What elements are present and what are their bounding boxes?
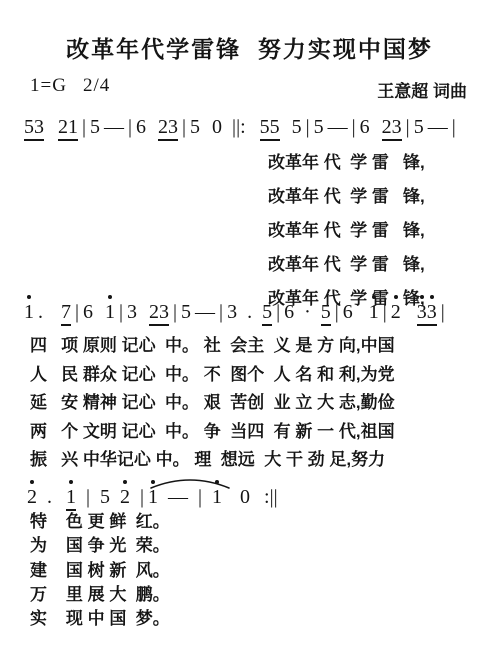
note-token: 2 <box>391 301 401 323</box>
note-token: 7 <box>61 301 71 326</box>
note-token: 5 <box>262 301 272 326</box>
note-token: — <box>104 116 124 138</box>
note-token: 5 <box>181 301 191 323</box>
note-token: 6 <box>83 301 93 323</box>
note-token: 1 <box>369 301 379 323</box>
verse-lyric-line: 振 兴 中华记心 中。 理 想远 大 干 劲 足,努力 <box>30 446 395 475</box>
sheet-music-page: 改革年代学雷锋 努力实现中国梦 1=G2/4 王意超 词曲 5321|5—|62… <box>0 0 499 660</box>
music-line-3: 2.1|52|1—|10:|| <box>25 486 280 511</box>
note-token: | <box>86 486 90 508</box>
note-token: | <box>335 301 339 323</box>
note-token: 53 <box>24 116 44 141</box>
verse-lyric-line: 两 个 文明 记心 中。 争 当四 有 新 一 代,祖国 <box>30 418 395 447</box>
ending-lyric-line: 万 里 展 大 鹏。 <box>30 583 170 607</box>
note-token: | <box>75 301 79 323</box>
note-token: 5 <box>90 116 100 138</box>
ending-lyrics-block: 特 色 更 鲜 红。 为 国 争 光 荣。 建 国 树 新 风。 万 里 展 大… <box>30 510 170 631</box>
note-token: 5 <box>292 116 302 138</box>
note-token: | <box>82 116 86 138</box>
ending-lyric-line: 特 色 更 鲜 红。 <box>30 510 170 534</box>
note-token: 21 <box>58 116 78 141</box>
note-token: ||: <box>232 116 246 138</box>
ending-lyric-line: 建 国 树 新 风。 <box>30 559 170 583</box>
note-token: :|| <box>264 486 278 508</box>
music-line-1: 5321|5—|623|50||:555|5—|623|5—| <box>22 116 458 141</box>
note-token: | <box>219 301 223 323</box>
time-signature: 2/4 <box>83 75 110 96</box>
note-token: 2 <box>120 486 130 508</box>
key-time-signature: 1=G2/4 <box>30 75 110 97</box>
refrain-lyric-line: 改革年 代 学 雷 锋, <box>268 146 425 180</box>
note-token: 6 <box>284 301 294 323</box>
note-token: . <box>38 301 43 323</box>
note-token: | <box>452 116 456 138</box>
note-token: | <box>182 116 186 138</box>
note-token: 1 <box>212 486 222 508</box>
verse-lyric-line: 延 安 精神 记心 中。 艰 苦创 业 立 大 志,勤俭 <box>30 389 395 418</box>
note-token: — <box>328 116 348 138</box>
ending-lyric-line: 为 国 争 光 荣。 <box>30 534 170 558</box>
note-token: | <box>383 301 387 323</box>
note-token: — <box>428 116 448 138</box>
note-token: | <box>276 301 280 323</box>
verse-lyric-line: 四 项 原则 记心 中。 社 会主 义 是 方 向,中国 <box>30 332 395 361</box>
refrain-lyric-line: 改革年 代 学 雷 锋, <box>268 248 425 282</box>
key-signature: 1=G <box>30 75 67 96</box>
note-token: | <box>128 116 132 138</box>
note-token: . <box>47 486 52 508</box>
note-token: 6 <box>343 301 353 323</box>
note-token: 5 <box>314 116 324 138</box>
note-token: 3 <box>127 301 137 323</box>
song-title: 改革年代学雷锋 努力实现中国梦 <box>0 31 499 64</box>
note-token: | <box>352 116 356 138</box>
note-token: 23 <box>158 116 178 141</box>
note-token: | <box>306 116 310 138</box>
verse-lyric-line: 人 民 群众 记心 中。 不 图个 人 名 和 利,为党 <box>30 361 395 390</box>
note-token: — <box>195 301 215 323</box>
note-token: 1 <box>105 301 115 323</box>
verse-lyrics-block: 四 项 原则 记心 中。 社 会主 义 是 方 向,中国 人 民 群众 记心 中… <box>30 332 395 475</box>
note-token: . <box>247 301 252 323</box>
note-token: — <box>168 486 188 508</box>
refrain-lyric-line: 改革年 代 学 雷 锋, <box>268 180 425 214</box>
note-token: 23 <box>382 116 402 141</box>
note-token: 23 <box>149 301 169 326</box>
note-token: · <box>304 301 311 323</box>
note-token: 55 <box>260 116 280 141</box>
note-token: | <box>119 301 123 323</box>
note-token: 1 <box>148 486 158 508</box>
refrain-lyrics-block: 改革年 代 学 雷 锋, 改革年 代 学 雷 锋, 改革年 代 学 雷 锋, 改… <box>268 146 425 316</box>
music-line-2: 1.7|61|323|5—|3.5|6·5|61|233| <box>22 301 447 326</box>
note-token: 3 <box>227 301 237 323</box>
composer-credit: 王意超 词曲 <box>377 77 467 102</box>
note-token: | <box>406 116 410 138</box>
note-token: 6 <box>360 116 370 138</box>
note-token: 2 <box>27 486 37 508</box>
note-token: 0 <box>212 116 222 138</box>
note-token: 6 <box>136 116 146 138</box>
note-token: 5 <box>100 486 110 508</box>
note-token: 5 <box>414 116 424 138</box>
note-token: 1 <box>66 486 76 511</box>
note-token: 0 <box>240 486 250 508</box>
note-token: 5 <box>321 301 331 326</box>
ending-lyric-line: 实 现 中 国 梦。 <box>30 607 170 631</box>
note-token: | <box>140 486 144 508</box>
refrain-lyric-line: 改革年 代 学 雷 锋, <box>268 214 425 248</box>
note-token: 33 <box>417 301 437 326</box>
note-token: | <box>198 486 202 508</box>
note-token: | <box>173 301 177 323</box>
note-token: 1 <box>24 301 34 323</box>
note-token: | <box>441 301 445 323</box>
note-token: 5 <box>190 116 200 138</box>
